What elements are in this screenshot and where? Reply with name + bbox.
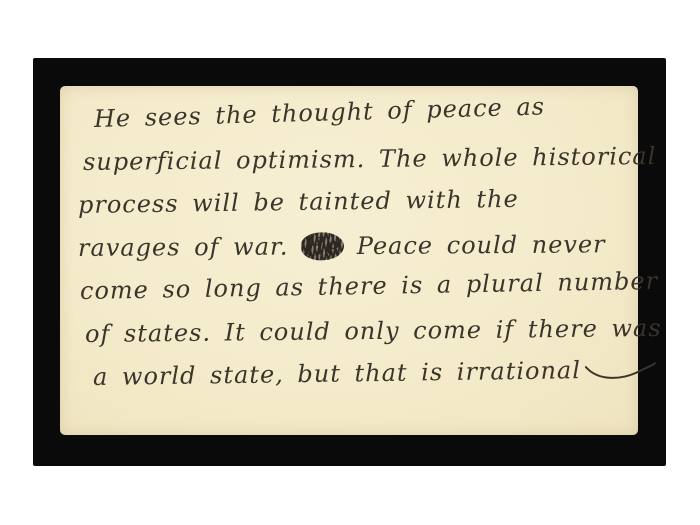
photo-of-index-card: { "window": { "background": "#ffffff" },… xyxy=(0,0,700,525)
handwriting-text: process will be tainted with the xyxy=(78,185,519,219)
index-card: He sees the thought of peace assuperfici… xyxy=(60,86,638,435)
handwriting-text: come so long as there is a plural number xyxy=(80,267,659,305)
handwriting-line: He sees the thought of peace as xyxy=(93,83,630,141)
handwriting-text: a world state, but that is irrational xyxy=(93,356,581,391)
handwriting-text: Peace could never xyxy=(343,230,606,260)
handwriting-lines: He sees the thought of peace assuperfici… xyxy=(78,98,630,399)
handwriting-text: He sees the thought of peace as xyxy=(94,92,546,133)
ink-flourish xyxy=(585,361,657,382)
handwriting-line: come so long as there is a plural number xyxy=(80,260,631,313)
handwriting-line: process will be tainted with the xyxy=(78,176,631,227)
black-mat: He sees the thought of peace assuperfici… xyxy=(33,58,666,466)
handwriting-text: of states. It could only come if there w… xyxy=(85,314,662,348)
struck-out-word: He xyxy=(304,225,341,268)
handwriting-text: ravages of war. xyxy=(78,232,302,262)
handwriting-text: superficial optimism. The whole historic… xyxy=(83,142,657,176)
handwriting-line: a world state, but that is irrational xyxy=(93,349,631,399)
